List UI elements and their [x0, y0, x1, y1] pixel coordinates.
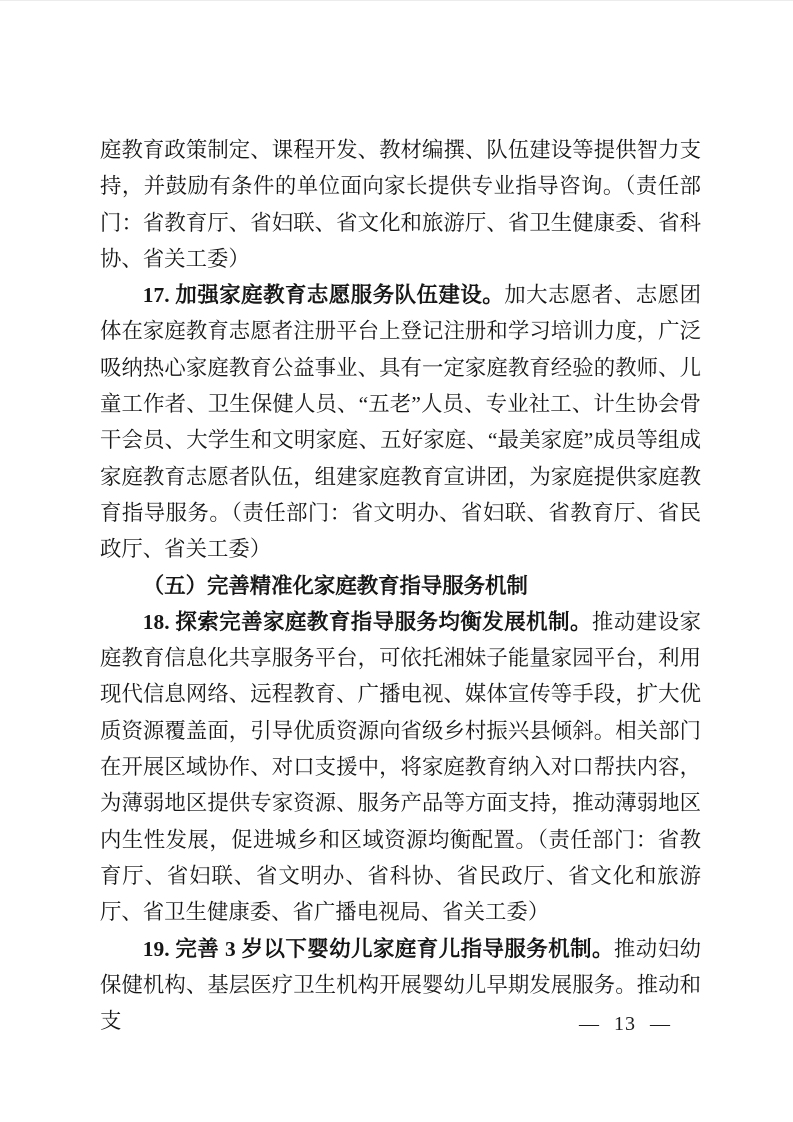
- paragraph-18: 18. 探索完善家庭教育指导服务均衡发展机制。推动建设家庭教育信息化共享服务平台…: [100, 604, 701, 931]
- paragraph-17: 17. 加强家庭教育志愿服务队伍建设。加大志愿者、志愿团体在家庭教育志愿者注册平…: [100, 277, 701, 567]
- paragraph-18-title: 18. 探索完善家庭教育指导服务均衡发展机制。: [143, 610, 592, 634]
- section-heading-five-text: （五）完善精准化家庭教育指导服务机制: [143, 574, 528, 598]
- section-heading-five: （五）完善精准化家庭教育指导服务机制: [100, 568, 701, 604]
- paragraph-17-title: 17. 加强家庭教育志愿服务队伍建设。: [143, 283, 504, 307]
- document-page: 庭教育政策制定、课程开发、教材编撰、队伍建设等提供智力支持，并鼓励有条件的单位面…: [0, 0, 793, 1122]
- paragraph-18-text: 推动建设家庭教育信息化共享服务平台，可依托湘妹子能量家园平台，利用现代信息网络、…: [100, 610, 701, 924]
- paragraph-19-title: 19. 完善 3 岁以下婴幼儿家庭育儿指导服务机制。: [143, 937, 614, 961]
- paragraph-16-continuation: 庭教育政策制定、课程开发、教材编撰、队伍建设等提供智力支持，并鼓励有条件的单位面…: [100, 132, 701, 277]
- document-body: 庭教育政策制定、课程开发、教材编撰、队伍建设等提供智力支持，并鼓励有条件的单位面…: [100, 132, 701, 1039]
- paragraph-16-text: 庭教育政策制定、课程开发、教材编撰、队伍建设等提供智力支持，并鼓励有条件的单位面…: [100, 138, 701, 271]
- page-number: — 13 —: [579, 1009, 671, 1039]
- paragraph-17-text: 加大志愿者、志愿团体在家庭教育志愿者注册平台上登记注册和学习培训力度，广泛吸纳热…: [100, 283, 701, 561]
